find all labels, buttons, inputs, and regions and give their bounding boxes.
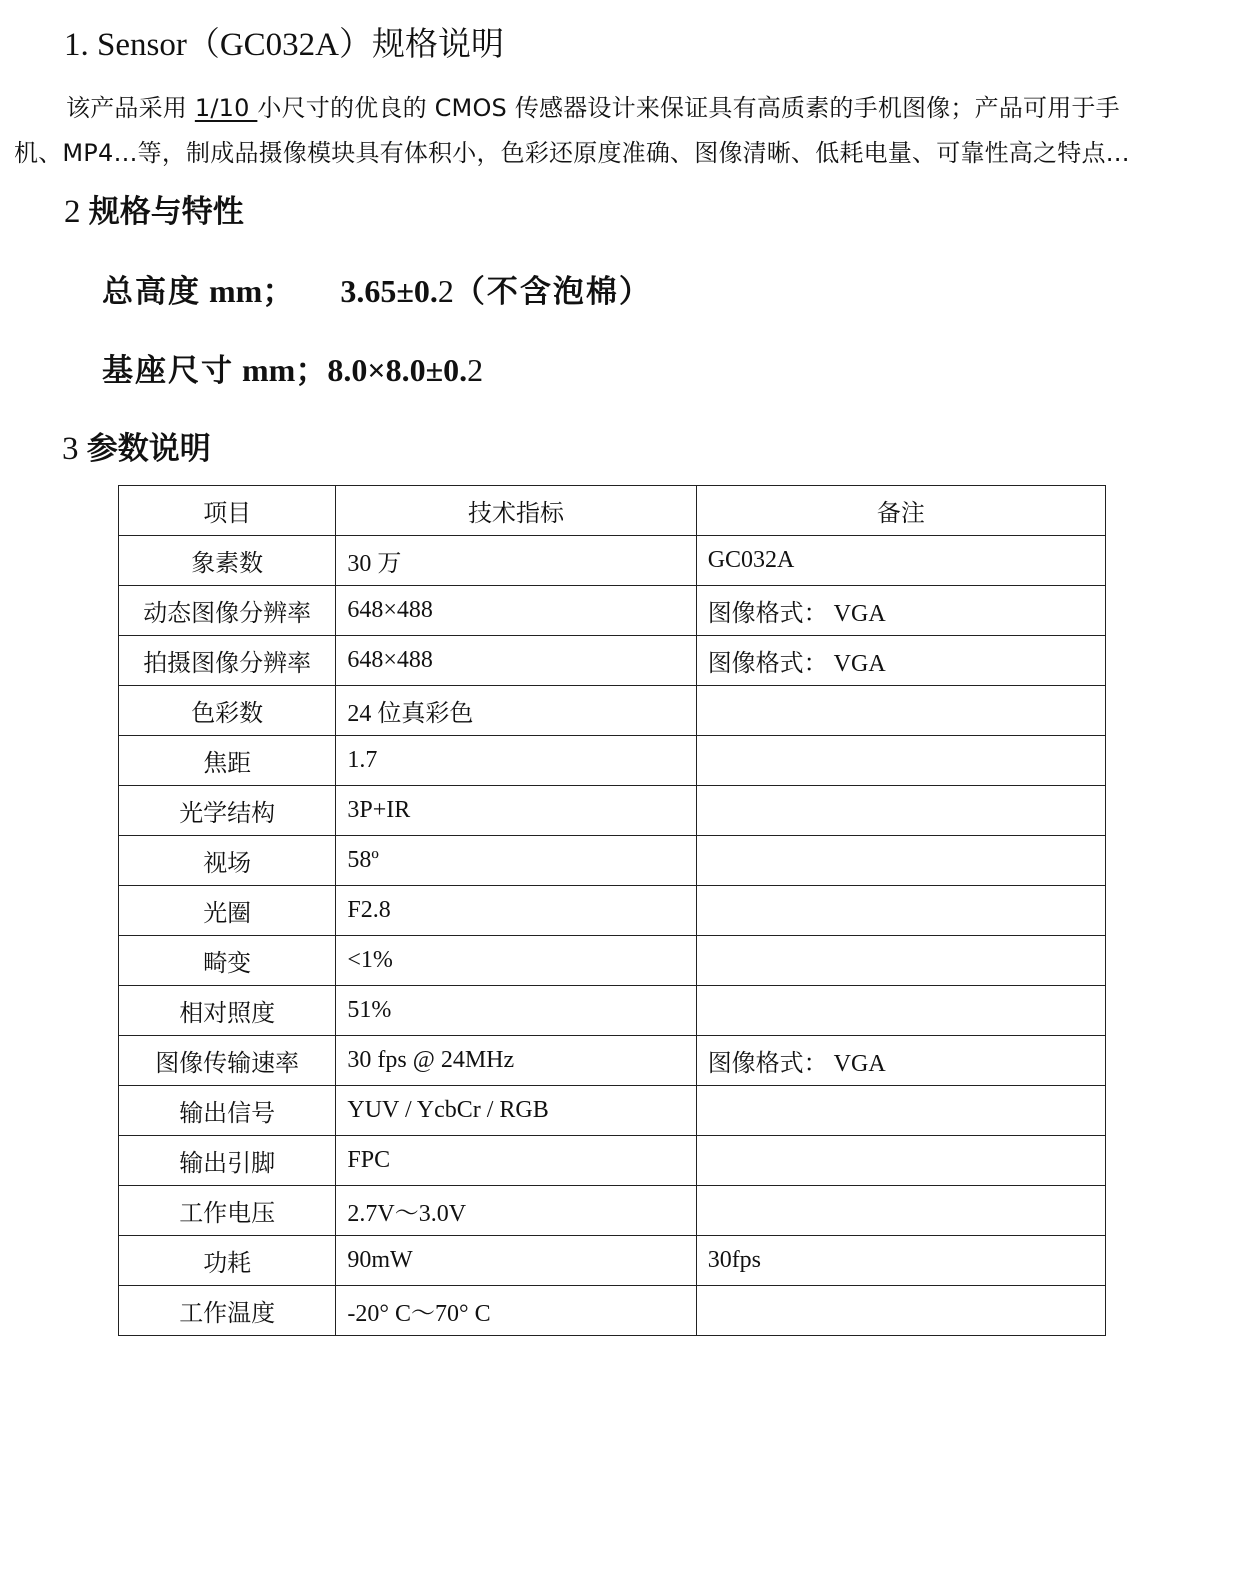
section2-heading: 2 规格与特性: [64, 186, 244, 231]
cell-item: 输出引脚: [119, 1136, 336, 1186]
cell-remark: [696, 836, 1105, 886]
cell-item: 光学结构: [119, 786, 336, 836]
table-body: 象素数30 万GC032A动态图像分辨率648×488图像格式： VGA拍摄图像…: [119, 536, 1106, 1336]
table-row: 图像传输速率30 fps @ 24MHz图像格式： VGA: [119, 1036, 1106, 1086]
intro-text-prefix: 该产品采用: [66, 94, 195, 122]
table-row: 输出信号YUV / YcbCr / RGB: [119, 1086, 1106, 1136]
cell-spec: 1.7: [336, 736, 696, 786]
cell-spec: 648×488: [336, 636, 696, 686]
cell-remark: [696, 1186, 1105, 1236]
table-row: 视场58º: [119, 836, 1106, 886]
cell-spec: FPC: [336, 1136, 696, 1186]
cell-remark: 图像格式： VGA: [696, 586, 1105, 636]
cell-spec: 24 位真彩色: [336, 686, 696, 736]
table-row: 焦距1.7: [119, 736, 1106, 786]
cell-spec: 30 万: [336, 536, 696, 586]
table-row: 畸变<1%: [119, 936, 1106, 986]
section2-number: 2: [64, 194, 89, 230]
cell-item: 输出信号: [119, 1086, 336, 1136]
cell-remark: [696, 736, 1105, 786]
spec-value: 3.65±0.: [340, 273, 438, 309]
cell-item: 相对照度: [119, 986, 336, 1036]
spec-note: （不含泡棉）: [454, 274, 652, 310]
cell-item: 象素数: [119, 536, 336, 586]
cell-item: 焦距: [119, 736, 336, 786]
cell-remark: [696, 936, 1105, 986]
intro-paragraph-line1: 该产品采用 1/10 小尺寸的优良的 CMOS 传感器设计来保证具有高质素的手机…: [66, 88, 1120, 123]
section1-heading: 1. Sensor（GC032A）规格说明: [64, 18, 504, 65]
cell-spec: 3P+IR: [336, 786, 696, 836]
table-row: 相对照度51%: [119, 986, 1106, 1036]
cell-remark: [696, 886, 1105, 936]
cell-item: 功耗: [119, 1236, 336, 1286]
cell-remark: [696, 1136, 1105, 1186]
section2-title: 规格与特性: [89, 194, 244, 230]
table-row: 功耗90mW30fps: [119, 1236, 1106, 1286]
cell-spec: 30 fps @ 24MHz: [336, 1036, 696, 1086]
section3-number: 3: [62, 431, 87, 467]
cell-remark: 图像格式： VGA: [696, 636, 1105, 686]
spec-unit: mm；: [201, 273, 294, 309]
table-row: 工作温度-20° C～70° C: [119, 1286, 1106, 1336]
table-row: 光学结构3P+IR: [119, 786, 1106, 836]
cell-spec: 2.7V～3.0V: [336, 1186, 696, 1236]
cell-spec: 58º: [336, 836, 696, 886]
cell-spec: 648×488: [336, 586, 696, 636]
cell-item: 拍摄图像分辨率: [119, 636, 336, 686]
cell-remark: [696, 686, 1105, 736]
intro-text-suffix: 小尺寸的优良的 CMOS 传感器设计来保证具有高质素的手机图像；产品可用于手: [257, 94, 1119, 122]
header-item: 项目: [119, 486, 336, 536]
cell-remark: 图像格式： VGA: [696, 1036, 1105, 1086]
cell-item: 工作电压: [119, 1186, 336, 1236]
section3-heading: 3 参数说明: [62, 423, 211, 468]
table-row: 光圈F2.8: [119, 886, 1106, 936]
spec-label: 总高度: [102, 274, 201, 310]
section3-title: 参数说明: [87, 431, 211, 467]
cell-spec: 51%: [336, 986, 696, 1036]
cell-item: 图像传输速率: [119, 1036, 336, 1086]
spec-value-tail: 2: [467, 352, 483, 388]
cell-remark: GC032A: [696, 536, 1105, 586]
intro-paragraph-line2: 机、MP4…等，制成品摄像模块具有体积小，色彩还原度准确、图像清晰、低耗电量、可…: [14, 133, 1130, 168]
cell-remark: [696, 1086, 1105, 1136]
cell-item: 畸变: [119, 936, 336, 986]
cell-remark: 30fps: [696, 1236, 1105, 1286]
spec-base-size: 基座尺寸 mm；8.0×8.0±0.2: [102, 345, 483, 391]
table-row: 动态图像分辨率648×488图像格式： VGA: [119, 586, 1106, 636]
table-row: 象素数30 万GC032A: [119, 536, 1106, 586]
cell-item: 动态图像分辨率: [119, 586, 336, 636]
cell-spec: <1%: [336, 936, 696, 986]
spec-total-height: 总高度 mm；3.65±0.2（不含泡棉）: [102, 266, 652, 312]
cell-spec: YUV / YcbCr / RGB: [336, 1086, 696, 1136]
table-header-row: 项目 技术指标 备注: [119, 486, 1106, 536]
cell-item: 视场: [119, 836, 336, 886]
cell-spec: 90mW: [336, 1236, 696, 1286]
sensor-size-underlined: 1/10: [195, 94, 258, 122]
cell-spec: F2.8: [336, 886, 696, 936]
cell-remark: [696, 986, 1105, 1036]
cell-remark: [696, 1286, 1105, 1336]
header-spec: 技术指标: [336, 486, 696, 536]
cell-item: 色彩数: [119, 686, 336, 736]
spec-value-tail: 2: [438, 273, 454, 309]
table-row: 输出引脚FPC: [119, 1136, 1106, 1186]
table-row: 工作电压2.7V～3.0V: [119, 1186, 1106, 1236]
cell-item: 光圈: [119, 886, 336, 936]
table-row: 拍摄图像分辨率648×488图像格式： VGA: [119, 636, 1106, 686]
spec-unit: mm；: [234, 352, 327, 388]
parameter-table: 项目 技术指标 备注 象素数30 万GC032A动态图像分辨率648×488图像…: [118, 485, 1106, 1336]
spec-value: 8.0×8.0±0.: [327, 352, 467, 388]
cell-item: 工作温度: [119, 1286, 336, 1336]
table-row: 色彩数24 位真彩色: [119, 686, 1106, 736]
cell-spec: -20° C～70° C: [336, 1286, 696, 1336]
cell-remark: [696, 786, 1105, 836]
spec-label: 基座尺寸: [102, 353, 234, 389]
header-remark: 备注: [696, 486, 1105, 536]
